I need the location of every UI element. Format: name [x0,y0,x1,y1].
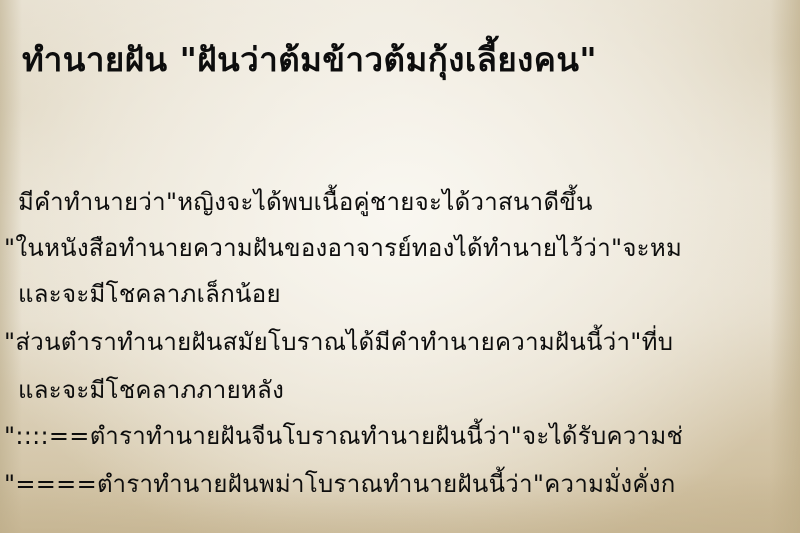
page-title: ทำนายฝัน "ฝันว่าต้มข้าวต้มกุ้งเลี้ยงคน" [22,40,597,80]
text-line: "::::==ตำราทำนายฝันจีนโบราณทำนายฝันนี้ว่… [4,422,683,451]
text-line: "====ตำราทำนายฝันพม่าโบราณทำนายฝันนี้ว่า… [4,470,676,499]
text-line: "ในหนังสือทำนายความฝันของอาจารย์ทองได้ทำ… [4,234,682,263]
text-line: และจะมีโชคลาภเล็กน้อย [18,280,281,309]
paper-background [0,0,800,533]
text-line: มีคำทำนายว่า"หญิงจะได้พบเนื้อคู่ชายจะได้… [18,188,593,217]
text-line: และจะมีโชคลาภภายหลัง [18,376,284,405]
text-line: "ส่วนตำราทำนายฝันสมัยโบราณได้มีคำทำนายคว… [4,328,673,357]
paper-edge-right [770,0,800,533]
paper-edge-left [0,0,22,533]
